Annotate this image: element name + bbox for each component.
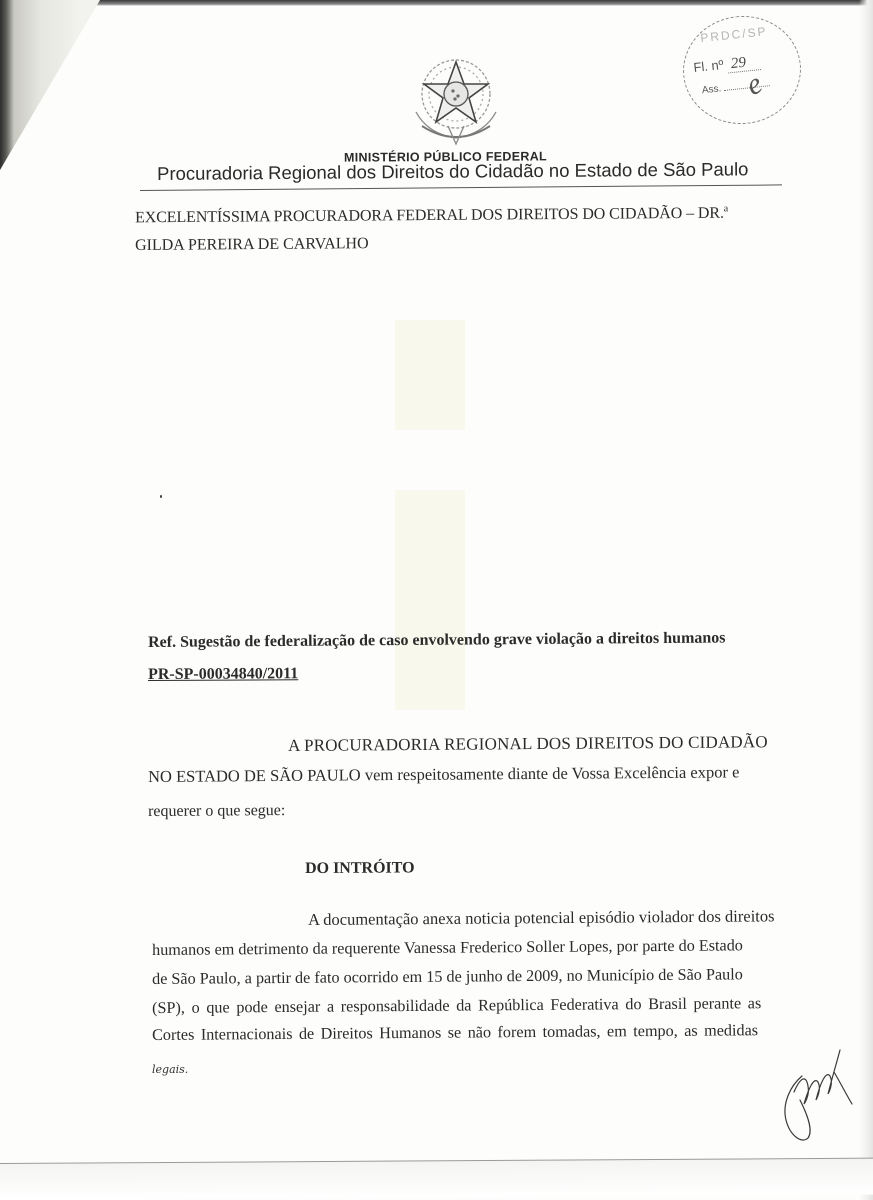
stamp-signature-label-text: Ass.	[701, 83, 721, 96]
addressee-text: EXCELENTÍSSIMA PROCURADORA FEDERAL DOS D…	[135, 205, 724, 227]
paragraph-line: de São Paulo, a partir de fato ocorrido …	[152, 965, 743, 989]
stamp-office-text: PRDC/SP	[700, 24, 768, 45]
handwritten-signature-icon	[772, 1042, 854, 1148]
folded-corner-shadow	[0, 0, 100, 170]
stamp-page-label-text: Fl. nº	[693, 57, 724, 75]
brazil-coat-of-arms-icon	[408, 52, 504, 150]
bleed-through-mark	[395, 490, 465, 710]
page-number-stamp: PRDC/SP Fl. nº 29 Ass. e	[678, 10, 807, 130]
paragraph-line: legais.	[152, 1063, 188, 1076]
scanned-document-page: PRDC/SP Fl. nº 29 Ass. e MINISTÉRIO PÚBL…	[0, 0, 873, 1200]
header-divider	[140, 184, 782, 191]
paragraph-line: Cortes Internacionais de Direitos Humano…	[152, 1021, 758, 1045]
office-title: Procuradoria Regional dos Direitos do Ci…	[157, 158, 749, 185]
addressee-line-1: EXCELENTÍSSIMA PROCURADORA FEDERAL DOS D…	[135, 203, 728, 227]
scan-speck	[160, 495, 162, 498]
reference-subject: Ref. Sugestão de federalização de caso e…	[148, 629, 726, 652]
scan-bottom-edge	[0, 1158, 873, 1200]
reference-number: PR-SP-00034840/2011	[148, 665, 298, 684]
paragraph-line: humanos em detrimento da requerente Vane…	[152, 936, 743, 960]
section-title: DO INTRÓITO	[305, 859, 415, 878]
scan-right-edge	[859, 0, 873, 1200]
addressee-superscript: a	[724, 203, 728, 214]
addressee-line-2: GILDA PEREIRA DE CARVALHO	[135, 235, 369, 255]
paragraph-line: A documentação anexa noticia potencial e…	[308, 906, 775, 930]
intro-line-2: NO ESTADO DE SÃO PAULO vem respeitosamen…	[148, 762, 739, 787]
scan-top-edge	[0, 0, 873, 6]
intro-line-3: requerer o que segue:	[148, 802, 285, 821]
bleed-through-mark	[395, 320, 465, 430]
intro-line-1: A PROCURADORIA REGIONAL DOS DIREITOS DO …	[288, 732, 768, 756]
paragraph-line: (SP), o que pode ensejar a responsabilid…	[152, 994, 761, 1018]
